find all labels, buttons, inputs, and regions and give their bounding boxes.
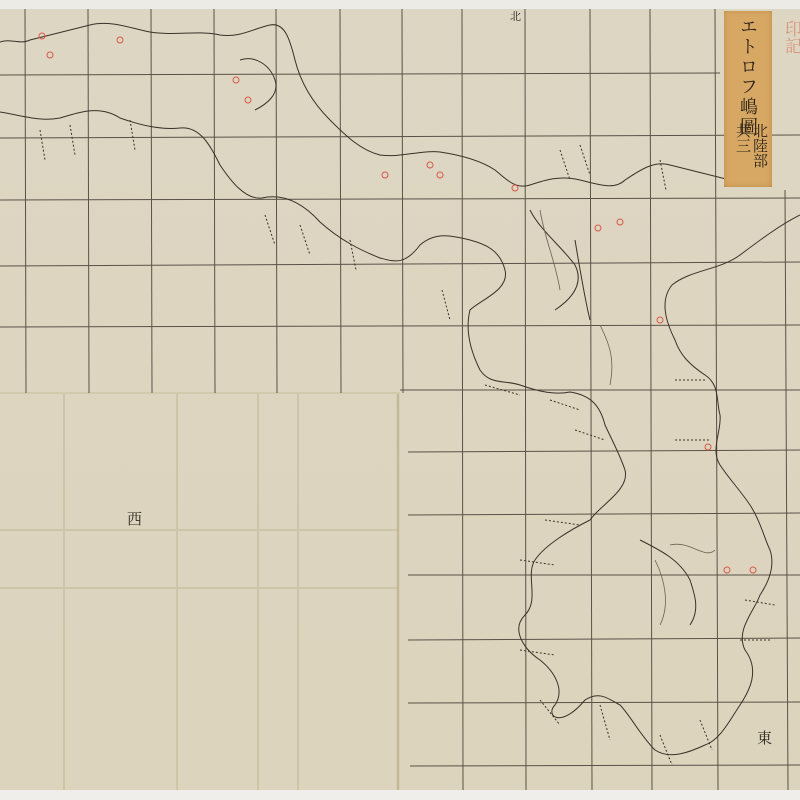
map-region-and-sheet: 北陸部 共三 — [746, 123, 768, 187]
direction-north-label: 北 — [510, 8, 521, 24]
map-region: 北陸部 — [751, 123, 769, 168]
fold-seams — [0, 393, 400, 790]
red-seal-stamp: 印記 — [772, 20, 800, 130]
map-drawing — [0, 0, 800, 800]
rivers — [540, 210, 715, 625]
direction-east-label: 東 — [757, 727, 772, 748]
map-title-label: エトロフ嶋圖 北陸部 共三 — [724, 11, 772, 187]
map-title: エトロフ嶋圖 — [738, 17, 758, 137]
coastline — [0, 23, 800, 754]
map-sheet-number: 共三 — [734, 123, 752, 153]
bottom-margin — [0, 790, 800, 800]
direction-west-label: 西 — [127, 508, 142, 529]
place-name-labels — [40, 120, 775, 765]
grid-lines — [0, 9, 800, 790]
